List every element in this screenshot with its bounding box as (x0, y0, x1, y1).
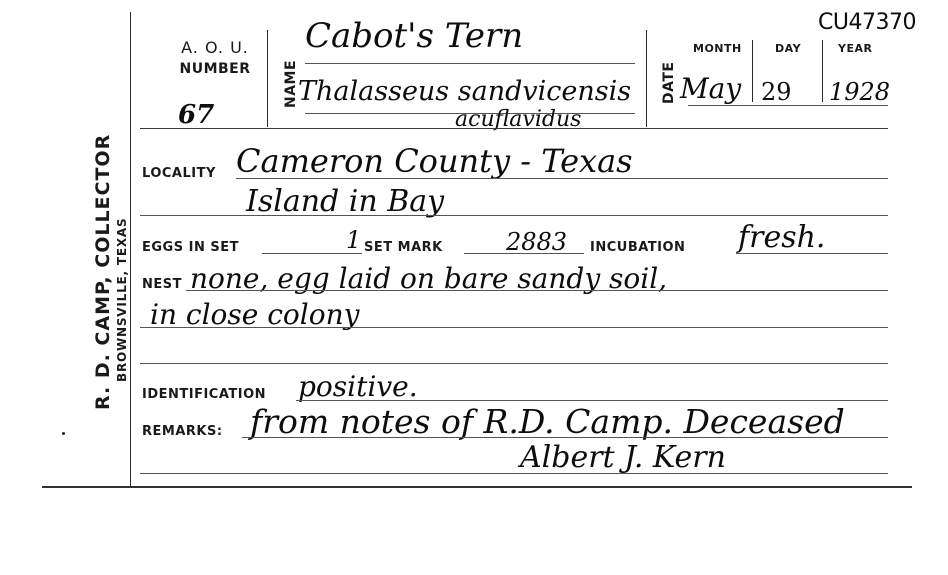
aou-label-line2: NUMBER (150, 61, 280, 77)
set-mark-label: SET MARK (364, 240, 443, 255)
catalog-number: CU47370 (818, 10, 916, 35)
scientific-name: Thalasseus sandvicensis (298, 76, 631, 107)
identification-value: positive. (298, 370, 418, 403)
nest-rule-1 (186, 290, 888, 291)
set-mark-value: 2883 (506, 228, 567, 256)
card-left-border (130, 12, 131, 487)
aou-label: A. O. U. NUMBER (150, 38, 280, 77)
eggs-in-set-label: EGGS IN SET (142, 240, 239, 255)
remarks-label: REMARKS: (142, 424, 223, 439)
remarks-rule-2 (140, 473, 888, 474)
day-year-divider (822, 40, 823, 102)
common-name: Cabot's Tern (305, 16, 523, 56)
stray-dot (62, 432, 65, 435)
locality-label: LOCALITY (142, 166, 216, 181)
locality-line2: Island in Bay (246, 184, 444, 219)
aou-label-line1: A. O. U. (150, 38, 280, 57)
incubation-label: INCUBATION (590, 240, 685, 255)
collector-location: BROWNSVILLE, TEXAS (115, 134, 129, 382)
year-value: 1928 (829, 78, 890, 106)
name-date-divider (646, 30, 647, 127)
aou-number-value: 67 (178, 100, 214, 130)
identification-rule (296, 400, 888, 401)
date-line (688, 105, 888, 106)
remarks-line1: from notes of R.D. Camp. Deceased (250, 402, 845, 441)
nest-rule-2 (140, 327, 888, 328)
locality-rule-1 (236, 178, 888, 179)
year-label: YEAR (838, 42, 872, 55)
collector-block: R. D. CAMP, COLLECTOR BROWNSVILLE, TEXAS (92, 134, 129, 410)
incubation-value: fresh. (738, 220, 825, 255)
header-bottom-rule (140, 128, 888, 129)
remarks-rule-1 (242, 437, 888, 438)
name-label: NAME (283, 60, 299, 108)
identification-label: IDENTIFICATION (142, 387, 266, 402)
day-value: 29 (761, 78, 792, 106)
day-label: DAY (775, 42, 801, 55)
date-label: DATE (661, 62, 677, 104)
locality-line1: Cameron County - Texas (236, 142, 633, 180)
common-name-line (305, 63, 635, 64)
month-value: May (680, 72, 741, 105)
eggs-in-set-value: 1 (346, 226, 361, 254)
remarks-signature: Albert J. Kern (520, 440, 726, 475)
nest-rule-3 (140, 363, 888, 364)
locality-rule-2 (140, 215, 888, 216)
collector-name: R. D. CAMP, COLLECTOR (92, 134, 114, 410)
card-bottom-border (42, 486, 912, 488)
nest-label: NEST (142, 277, 182, 292)
month-label: MONTH (693, 42, 742, 55)
month-day-divider (752, 40, 753, 102)
aou-divider (267, 30, 268, 127)
